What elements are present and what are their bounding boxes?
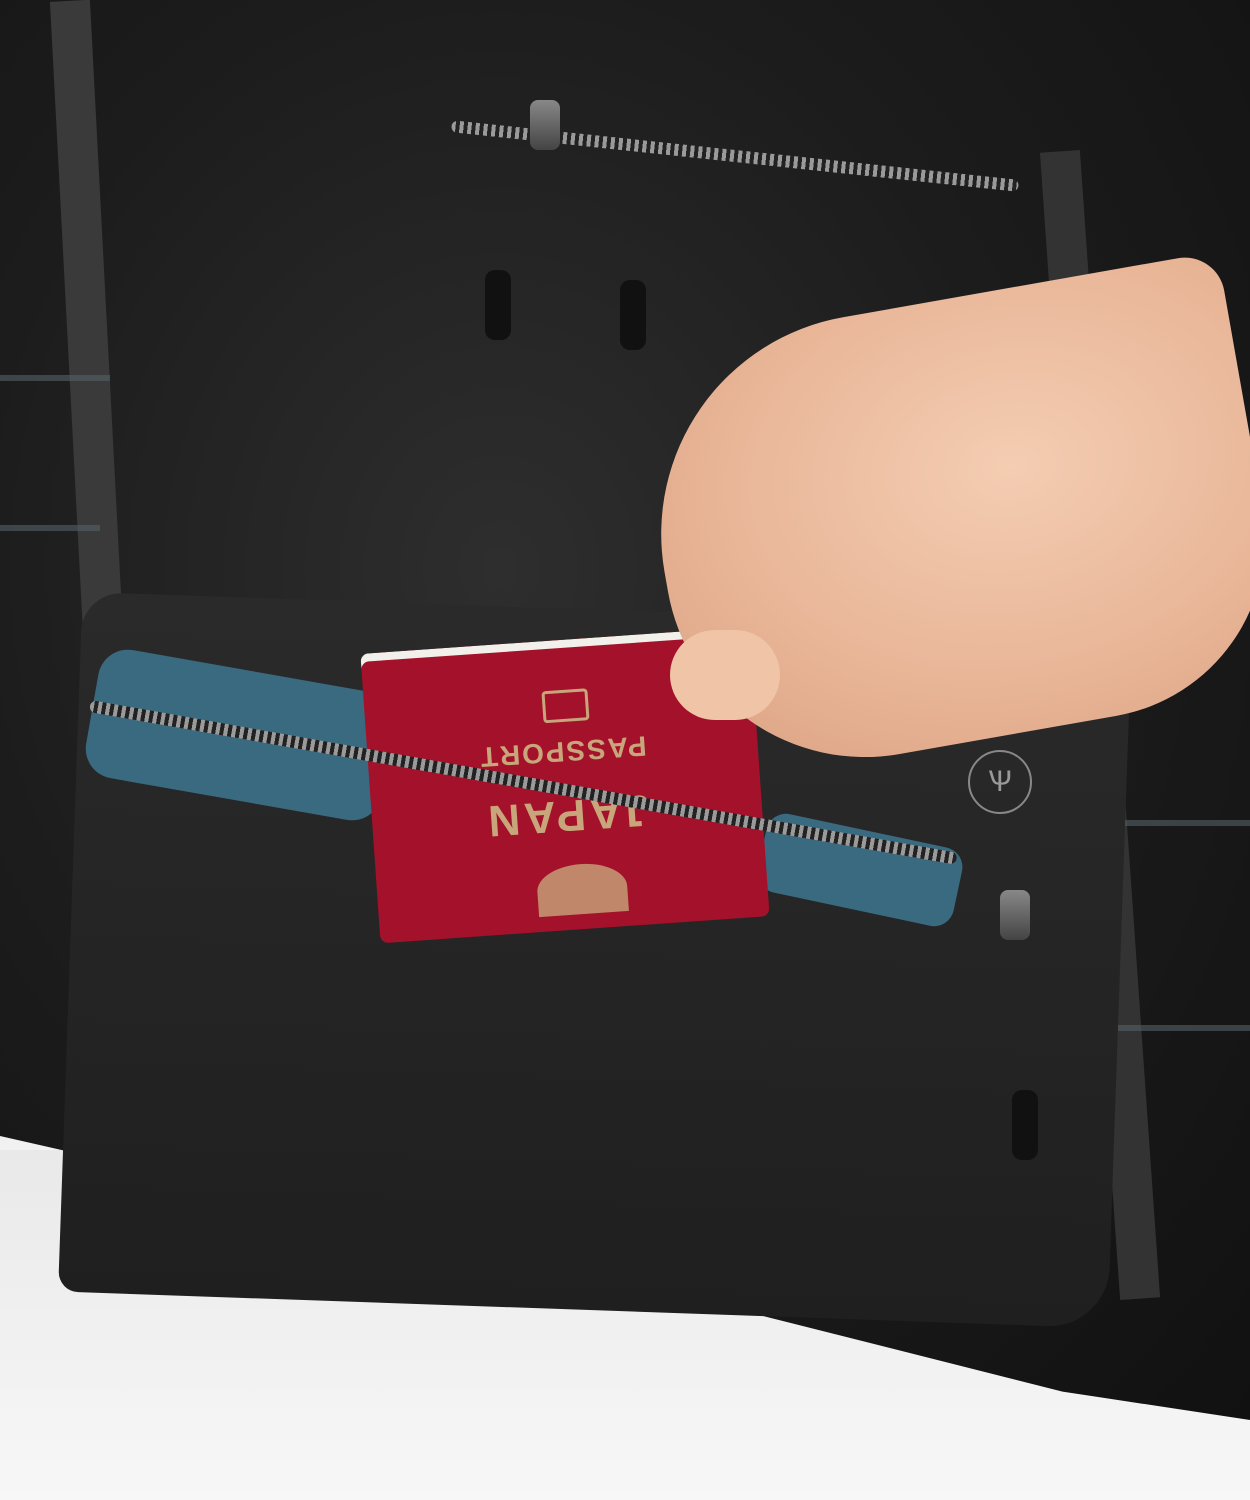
- chrysanthemum-icon: [536, 861, 629, 917]
- stitch-stripe: [1110, 1025, 1250, 1031]
- passport-label: PASSPORT: [367, 722, 758, 781]
- zipper-pull-tab: [620, 280, 646, 350]
- stitch-stripe: [0, 525, 100, 531]
- ic-chip-icon: [541, 688, 589, 723]
- stitch-stripe: [0, 375, 110, 381]
- zipper-pull-tab: [1012, 1090, 1038, 1160]
- zipper-pull-icon: [1000, 890, 1030, 940]
- stitch-stripe: [1110, 820, 1250, 826]
- zipper-pull-icon: [530, 100, 560, 150]
- zipper-pull-tab: [485, 270, 511, 340]
- thumb: [670, 630, 780, 720]
- antler-icon: Ѱ: [968, 750, 1032, 814]
- photo-scene: PASSPORT JAPAN Ѱ: [0, 0, 1250, 1500]
